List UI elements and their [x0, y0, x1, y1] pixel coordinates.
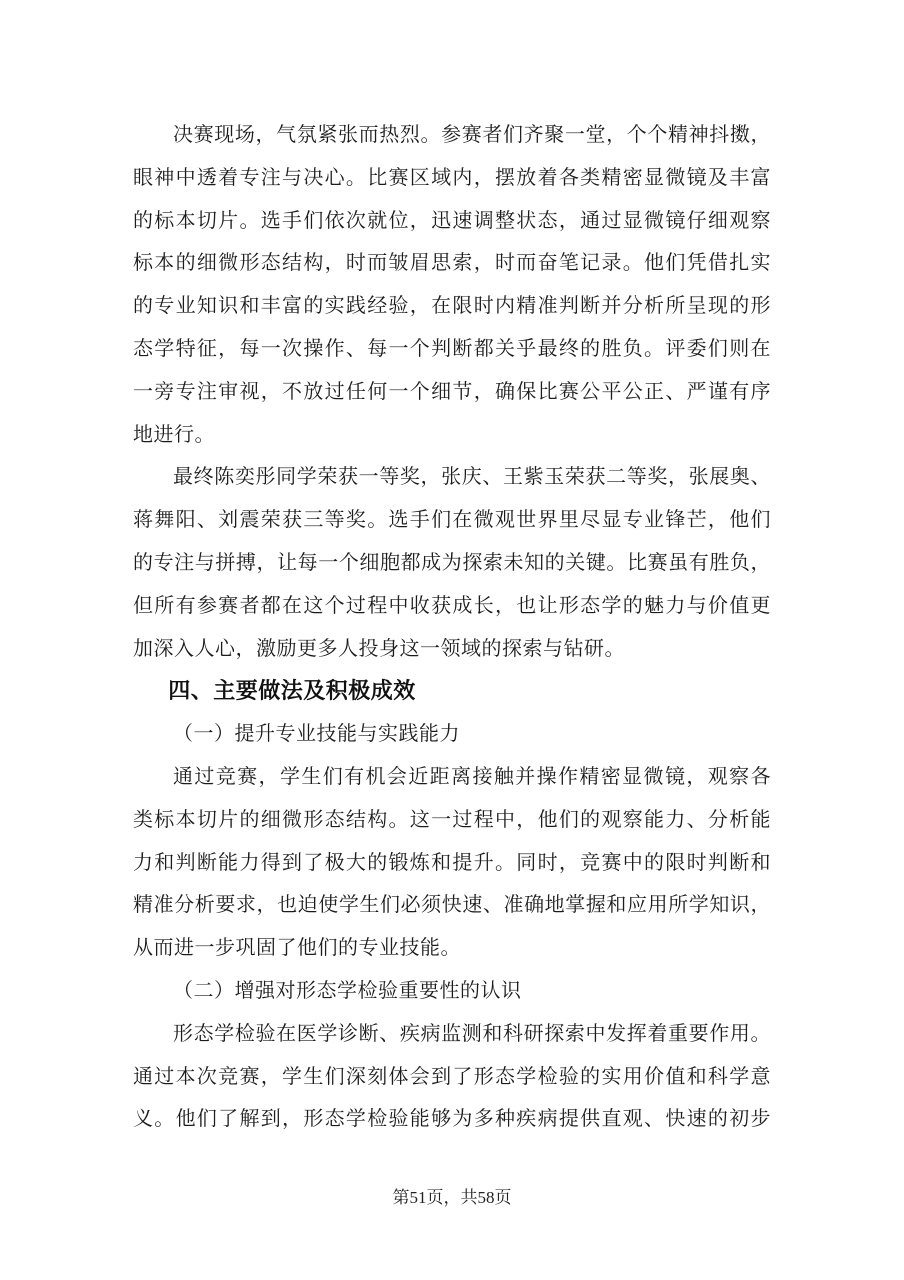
text-line: 眼神中透着专注与决心。比赛区域内，摆放着各类精密显微镜及丰富 — [133, 157, 771, 200]
text-line: 但所有参赛者都在这个过程中收获成长，也让形态学的魅力与价值更 — [133, 585, 771, 628]
text-line: 力和判断能力得到了极大的锻炼和提升。同时，竞赛中的限时判断和 — [133, 842, 771, 885]
text-line: 态学特征，每一次操作、每一个判断都关乎最终的胜负。评委们则在 — [133, 328, 771, 371]
text-line: 的标本切片。选手们依次就位，迅速调整状态，通过显微镜仔细观察 — [133, 200, 771, 243]
section-heading: 四、主要做法及积极成效 — [133, 670, 771, 713]
text-line: 决赛现场，气氛紧张而热烈。参赛者们齐聚一堂，个个精神抖擞， — [133, 114, 771, 157]
subsection-heading: （二）增强对形态学检验重要性的认识 — [133, 970, 771, 1013]
text-line: 从而进一步巩固了他们的专业技能。 — [133, 927, 771, 970]
text-line: 标本的细微形态结构，时而皱眉思索，时而奋笔记录。他们凭借扎实 — [133, 242, 771, 285]
text-line: 精准分析要求，也迫使学生们必须快速、准确地掌握和应用所学知识， — [133, 884, 771, 927]
text-line: 最终陈奕彤同学荣获一等奖，张庆、王紫玉荣获二等奖，张展奥、 — [133, 456, 771, 499]
paragraph-1: 决赛现场，气氛紧张而热烈。参赛者们齐聚一堂，个个精神抖擞， 眼神中透着专注与决心… — [133, 114, 771, 456]
text-line: 地进行。 — [133, 414, 771, 457]
subsection-heading: （一）提升专业技能与实践能力 — [133, 713, 771, 756]
text-line: 加深入人心，激励更多人投身这一领域的探索与钻研。 — [133, 628, 771, 671]
text-line: 一旁专注审视，不放过任何一个细节，确保比赛公平公正、严谨有序 — [133, 371, 771, 414]
text-line: 类标本切片的细微形态结构。这一过程中，他们的观察能力、分析能 — [133, 799, 771, 842]
text-line: 的专业知识和丰富的实践经验，在限时内精准判断并分析所呈现的形 — [133, 285, 771, 328]
subheading-2-block: （二）增强对形态学检验重要性的认识 — [133, 970, 771, 1013]
section-heading-block: 四、主要做法及积极成效 — [133, 670, 771, 713]
text-line: 形态学检验在医学诊断、疾病监测和科研探索中发挥着重要作用。 — [133, 1013, 771, 1056]
document-content: 决赛现场，气氛紧张而热烈。参赛者们齐聚一堂，个个精神抖擞， 眼神中透着专注与决心… — [133, 114, 771, 1141]
document-page: 决赛现场，气氛紧张而热烈。参赛者们齐聚一堂，个个精神抖擞， 眼神中透着专注与决心… — [0, 0, 904, 1280]
text-line: 的专注与拼搏，让每一个细胞都成为探索未知的关键。比赛虽有胜负， — [133, 542, 771, 585]
text-line: 通过竞赛，学生们有机会近距离接触并操作精密显微镜，观察各 — [133, 756, 771, 799]
page-number: 第51页，共58页 — [0, 1183, 904, 1208]
text-line: 义。他们了解到，形态学检验能够为多种疾病提供直观、快速的初步 — [133, 1098, 771, 1141]
paragraph-2: 最终陈奕彤同学荣获一等奖，张庆、王紫玉荣获二等奖，张展奥、 蒋舞阳、刘震荣获三等… — [133, 456, 771, 670]
text-line: 蒋舞阳、刘震荣获三等奖。选手们在微观世界里尽显专业锋芒，他们 — [133, 499, 771, 542]
paragraph-3: 通过竞赛，学生们有机会近距离接触并操作精密显微镜，观察各 类标本切片的细微形态结… — [133, 756, 771, 970]
text-line: 通过本次竞赛，学生们深刻体会到了形态学检验的实用价值和科学意 — [133, 1056, 771, 1099]
paragraph-4: 形态学检验在医学诊断、疾病监测和科研探索中发挥着重要作用。 通过本次竞赛，学生们… — [133, 1013, 771, 1141]
subheading-1-block: （一）提升专业技能与实践能力 — [133, 713, 771, 756]
